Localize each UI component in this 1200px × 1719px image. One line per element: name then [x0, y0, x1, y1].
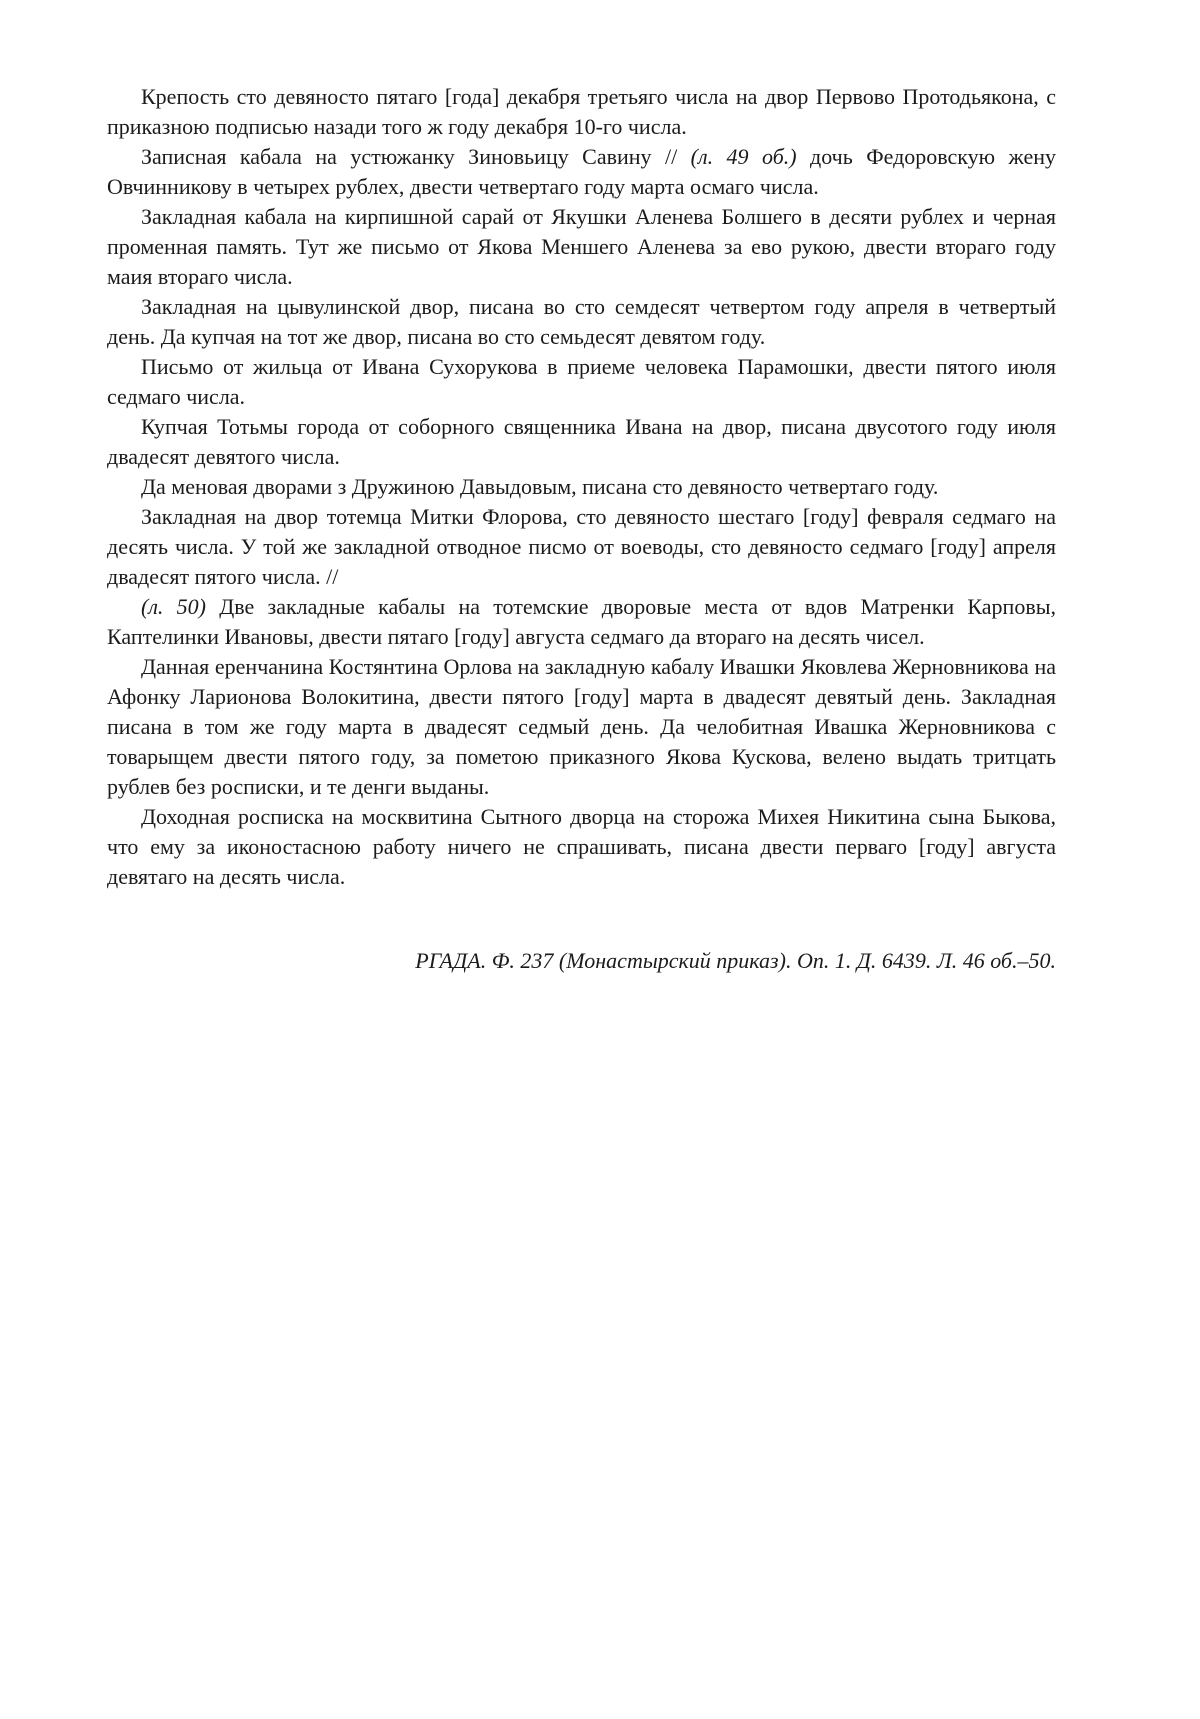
paragraph-text: Закладная на цывулинской двор, писана во… — [107, 294, 1056, 349]
paragraph-text: Данная еренчанина Костянтина Орлова на з… — [107, 654, 1056, 799]
paragraph: Письмо от жильца от Ивана Сухорукова в п… — [107, 352, 1056, 412]
paragraph: Данная еренчанина Костянтина Орлова на з… — [107, 652, 1056, 802]
paragraph: Купчая Тотьмы города от соборного священ… — [107, 412, 1056, 472]
paragraph-text: Да меновая дворами з Дружиною Давыдовым,… — [141, 474, 938, 499]
document-page: Крепость сто девяносто пятаго [года] дек… — [0, 0, 1200, 1719]
paragraph: Закладная кабала на кирпишной сарай от Я… — [107, 202, 1056, 292]
paragraph-text: Записная кабала на устюжанку Зиновьицу С… — [141, 144, 691, 169]
folio-marker: (л. 50) — [141, 594, 206, 619]
paragraph-text: Две закладные кабалы на тотемские дворов… — [107, 594, 1056, 649]
paragraph: Да меновая дворами з Дружиною Давыдовым,… — [107, 472, 1056, 502]
paragraph: Доходная росписка на москвитина Сытного … — [107, 802, 1056, 892]
paragraph: Крепость сто девяносто пятаго [года] дек… — [107, 82, 1056, 142]
text-block: Крепость сто девяносто пятаго [года] дек… — [107, 82, 1056, 892]
archive-citation: РГАДА. Ф. 237 (Монастырский приказ). Оп.… — [107, 946, 1056, 976]
paragraph-text: Купчая Тотьмы города от соборного священ… — [107, 414, 1056, 469]
folio-marker: (л. 49 об.) — [691, 144, 797, 169]
paragraph-text: Доходная росписка на москвитина Сытного … — [107, 804, 1056, 889]
paragraph-text: Крепость сто девяносто пятаго [года] дек… — [107, 84, 1056, 139]
paragraph-text: Закладная кабала на кирпишной сарай от Я… — [107, 204, 1056, 289]
paragraph-text: Письмо от жильца от Ивана Сухорукова в п… — [107, 354, 1056, 409]
paragraph: (л. 50) Две закладные кабалы на тотемски… — [107, 592, 1056, 652]
paragraph: Закладная на двор тотемца Митки Флорова,… — [107, 502, 1056, 592]
paragraph: Закладная на цывулинской двор, писана во… — [107, 292, 1056, 352]
paragraph-text: Закладная на двор тотемца Митки Флорова,… — [107, 504, 1056, 589]
paragraph: Записная кабала на устюжанку Зиновьицу С… — [107, 142, 1056, 202]
